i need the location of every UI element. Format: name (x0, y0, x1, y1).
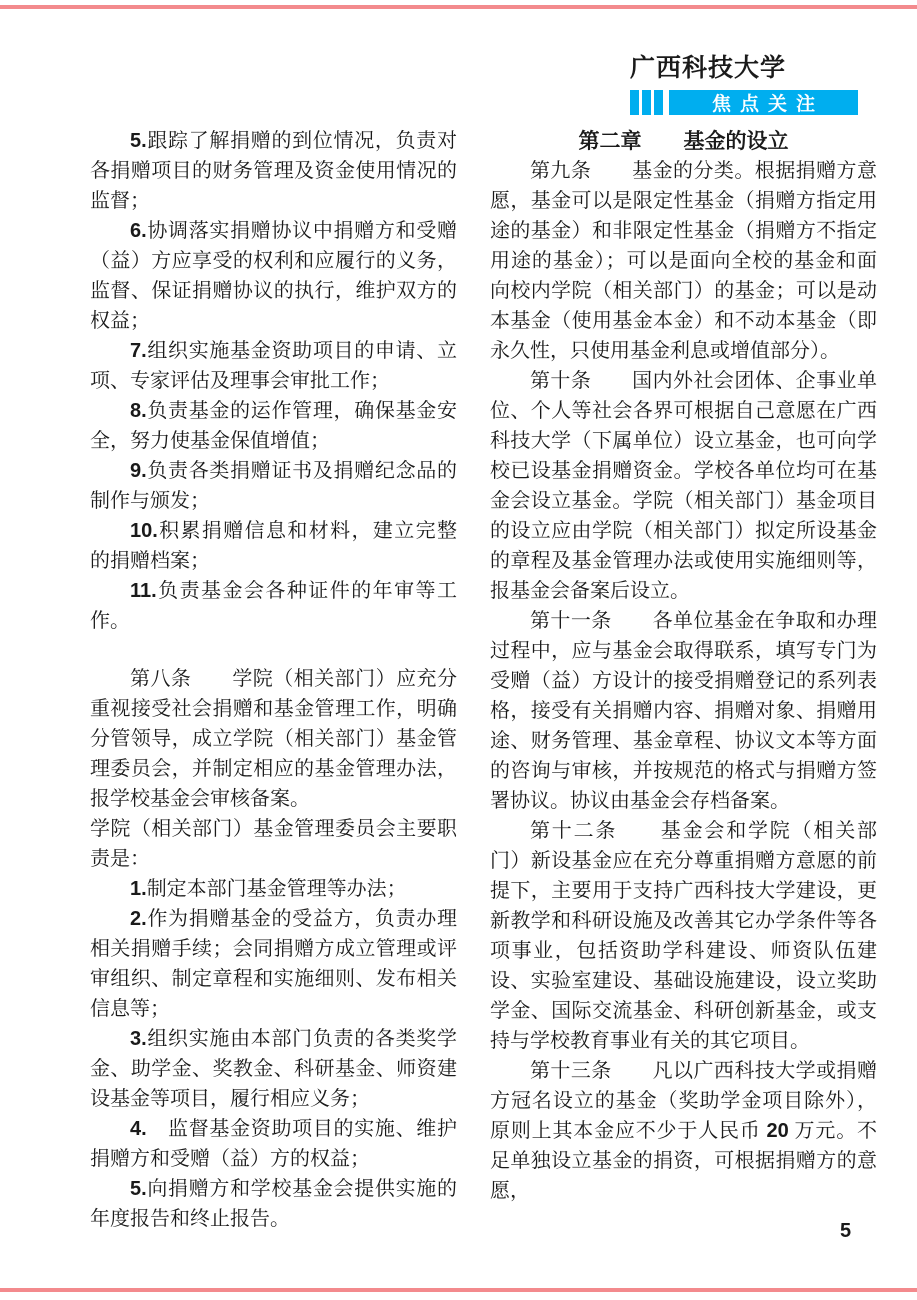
paragraph-item-11: 11.负责基金会各种证件的年审等工作。 (90, 576, 457, 636)
paragraph-item-7: 7.组织实施基金资助项目的申请、立项、专家评估及理事会审批工作； (90, 336, 457, 396)
banner-label: 焦点关注 (669, 90, 858, 115)
item-number: 6. (130, 220, 147, 242)
item-text: 制定本部门基金管理等办法； (147, 878, 407, 900)
item-number: 10. (130, 520, 158, 542)
paragraph-item-9: 9.负责各类捐赠证书及捐赠纪念品的制作与颁发； (90, 456, 457, 516)
page-content: 5.跟踪了解捐赠的到位情况，负责对各捐赠项目的财务管理及资金使用情况的监督； 6… (90, 126, 877, 1234)
paragraph-article-10: 第十条 国内外社会团体、企事业单位、个人等社会各界可根据自己意愿在广西科技大学（… (490, 366, 877, 606)
item-number: 7. (130, 340, 147, 362)
item-number: 1. (130, 878, 147, 900)
amount-value: 20 (766, 1120, 788, 1142)
paragraph-article-13: 第十三条 凡以广西科技大学或捐赠方冠名设立的基金（奖助学金项目除外），原则上其本… (490, 1056, 877, 1206)
paragraph-item-5b: 5.向捐赠方和学校基金会提供实施的年度报告和终止报告。 (90, 1174, 457, 1234)
university-name: 广西科技大学 (630, 55, 858, 83)
paragraph-committee-duties: 学院（相关部门）基金管理委员会主要职责是： (90, 814, 457, 874)
paragraph-item-2: 2.作为捐赠基金的受益方，负责办理相关捐赠手续；会同捐赠方成立管理或评审组织、制… (90, 904, 457, 1024)
paragraph-item-8: 8.负责基金的运作管理，确保基金安全，努力使基金保值增值； (90, 396, 457, 456)
item-number: 2. (130, 908, 147, 930)
paragraph-article-9: 第九条 基金的分类。根据捐赠方意愿，基金可以是限定性基金（捐赠方指定用途的基金）… (490, 156, 877, 366)
banner-stripe-icon (630, 90, 639, 115)
chapter-heading: 第二章 基金的设立 (490, 126, 877, 156)
paragraph-article-12: 第十二条 基金会和学院（相关部门）新设基金应在充分尊重捐赠方意愿的前提下，主要用… (490, 816, 877, 1056)
banner-stripe-icon (642, 90, 651, 115)
item-number: 5. (130, 130, 147, 152)
paragraph-article-8: 第八条 学院（相关部门）应充分重视接受社会捐赠和基金管理工作，明确分管领导，成立… (90, 664, 457, 814)
paragraph-item-4: 4. 监督基金资助项目的实施、维护捐赠方和受赠（益）方的权益； (90, 1114, 457, 1174)
paragraph-article-11: 第十一条 各单位基金在争取和办理过程中，应与基金会取得联系，填写专门为受赠（益）… (490, 606, 877, 816)
item-number: 4. (130, 1118, 147, 1140)
right-column: 第二章 基金的设立 第九条 基金的分类。根据捐赠方意愿，基金可以是限定性基金（捐… (490, 126, 877, 1234)
magazine-page: 广西科技大学 焦点关注 5.跟踪了解捐赠的到位情况，负责对各捐赠项目的财务管理及… (0, 0, 917, 1300)
bottom-border-line (0, 1288, 917, 1292)
item-text: 第八条 学院（相关部门）应充分重视接受社会捐赠和基金管理工作，明确分管领导，成立… (90, 668, 457, 810)
item-number: 11. (130, 580, 157, 602)
item-number: 8. (130, 400, 147, 422)
paragraph-item-6: 6.协调落实捐赠协议中捐赠方和受赠（益）方应享受的权利和应履行的义务，监督、保证… (90, 216, 457, 336)
paragraph-item-5: 5.跟踪了解捐赠的到位情况，负责对各捐赠项目的财务管理及资金使用情况的监督； (90, 126, 457, 216)
paragraph-item-3: 3.组织实施由本部门负责的各类奖学金、助学金、奖教金、科研基金、师资建设基金等项… (90, 1024, 457, 1114)
paragraph-item-1: 1.制定本部门基金管理等办法； (90, 874, 457, 904)
item-text: 学院（相关部门）基金管理委员会主要职责是： (90, 818, 457, 870)
paragraph-item-10: 10.积累捐赠信息和材料，建立完整的捐赠档案； (90, 516, 457, 576)
page-header: 广西科技大学 焦点关注 (630, 55, 858, 115)
section-banner: 焦点关注 (630, 90, 858, 115)
item-number: 5. (130, 1178, 147, 1200)
item-number: 9. (130, 460, 147, 482)
item-number: 3. (130, 1028, 147, 1050)
left-column: 5.跟踪了解捐赠的到位情况，负责对各捐赠项目的财务管理及资金使用情况的监督； 6… (90, 126, 457, 1234)
top-border-line (0, 5, 917, 9)
page-number: 5 (840, 1220, 851, 1243)
banner-stripe-icon (654, 90, 663, 115)
